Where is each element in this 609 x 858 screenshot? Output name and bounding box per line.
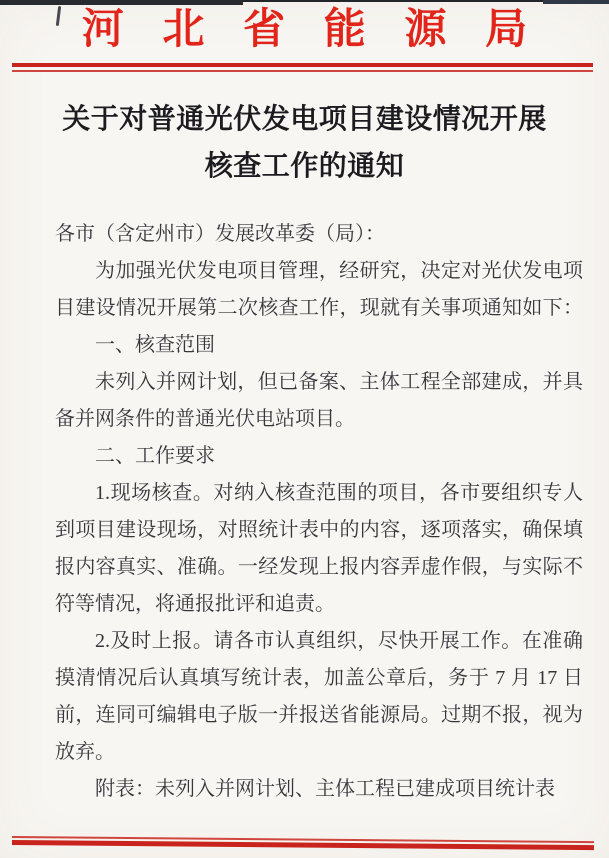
- scanned-notice-page: 河北省能源局 关于对普通光伏发电项目建设情况开展 核查工作的通知 各市（含定州市…: [0, 0, 609, 858]
- paragraph-line: 备并网条件的普通光伏电站项目。: [55, 401, 583, 438]
- document-body: 各市（含定州市）发展改革委（局）： 为加强光伏发电项目管理，经研究，决定对光伏发…: [55, 216, 583, 808]
- document-title: 关于对普通光伏发电项目建设情况开展 核查工作的通知: [0, 96, 609, 190]
- paragraph-line: 报内容真实、准确。一经发现上报内容弄虚作假，与实际不: [55, 549, 583, 586]
- document-title-line-2: 核查工作的通知: [0, 143, 609, 190]
- paragraph-line: 符等情况，将通报批评和追责。: [55, 586, 583, 623]
- paragraph-line: 前，连同可编辑电子版一并报送省能源局。过期不报，视为: [55, 697, 583, 734]
- letterhead-divider-line: [12, 63, 593, 72]
- paragraph-line: 2.及时上报。请各市认真组织，尽快开展工作。在准确: [55, 623, 583, 660]
- salutation: 各市（含定州市）发展改革委（局）：: [55, 216, 583, 253]
- letterhead-agency-name: 河北省能源局: [0, 3, 609, 57]
- agency-name-text: 河北省能源局: [82, 7, 566, 53]
- paragraph-line: 1.现场核查。对纳入核查范围的项目，各市要组织专人: [55, 475, 583, 512]
- footer-divider-line: [12, 836, 594, 850]
- paragraph-line: 到项目建设现场，对照统计表中的内容，逐项落实，确保填: [55, 512, 583, 549]
- paragraph-line: 摸清情况后认真填写统计表，加盖公章后，务于 7 月 17 日: [55, 660, 583, 697]
- attachment-note: 附表：未列入并网计划、主体工程已建成项目统计表: [55, 771, 583, 808]
- paragraph-line: 目建设情况开展第二次核查工作，现就有关事项通知如下：: [55, 290, 583, 327]
- paragraph-line: 放弃。: [55, 734, 583, 771]
- section-heading-1: 一、核查范围: [55, 327, 583, 364]
- document-title-line-1: 关于对普通光伏发电项目建设情况开展: [0, 96, 609, 143]
- paragraph-line: 未列入并网计划，但已备案、主体工程全部建成，并具: [55, 364, 583, 401]
- paragraph-line: 为加强光伏发电项目管理，经研究，决定对光伏发电项: [55, 253, 583, 290]
- divider-thin-line: [12, 70, 593, 72]
- section-heading-2: 二、工作要求: [55, 438, 583, 475]
